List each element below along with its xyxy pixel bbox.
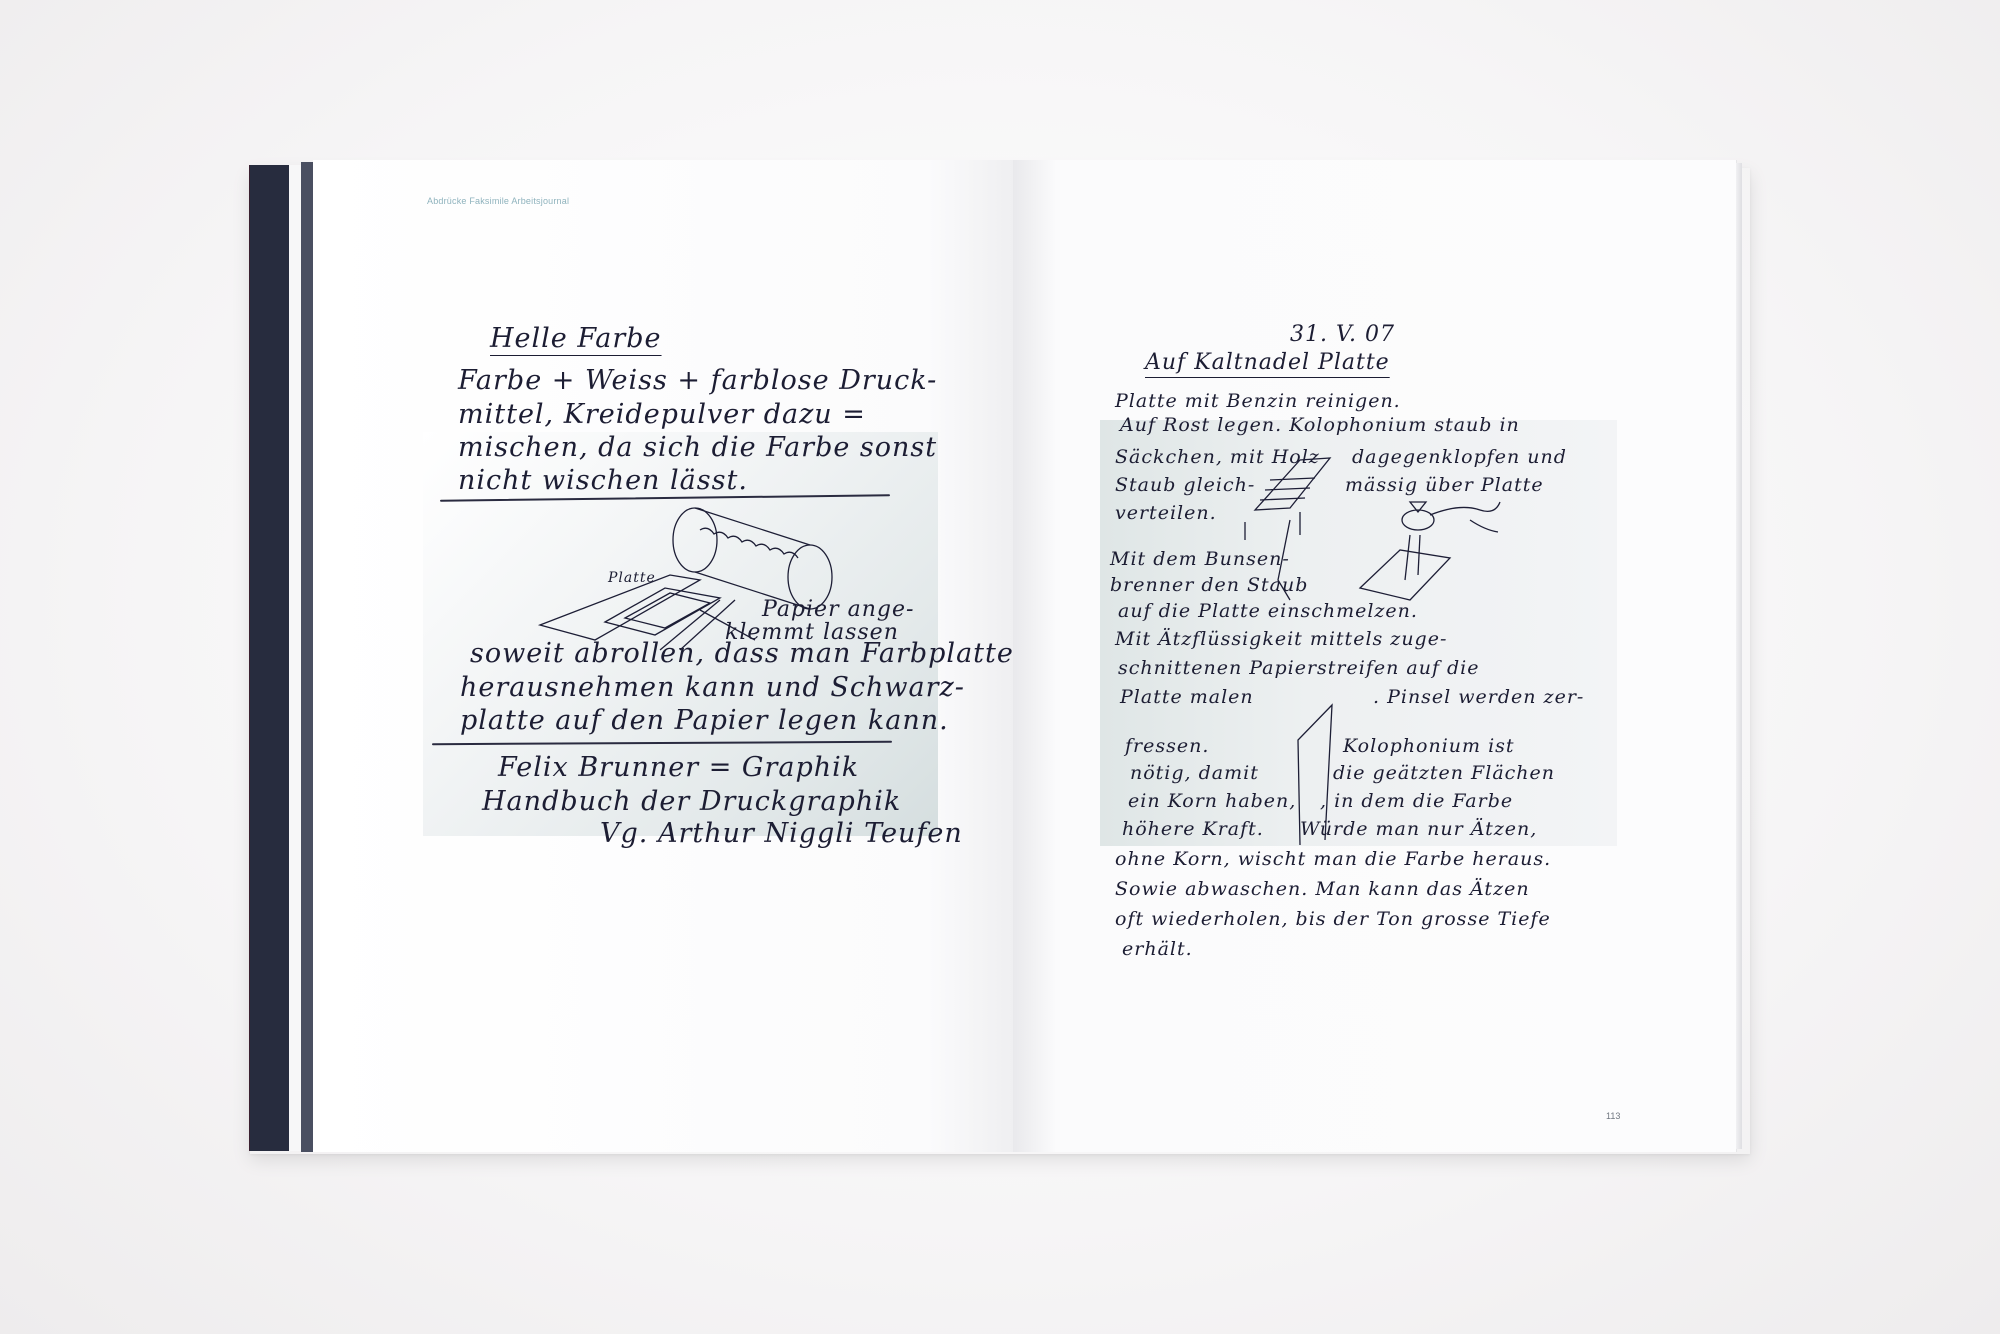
running-head: Abdrücke Faksimile Arbeitsjournal	[427, 196, 569, 206]
right-text-line: erhält.	[1122, 938, 1193, 960]
sketch-note: Papier ange-	[762, 597, 914, 622]
right-text-line: ein Korn haben,	[1128, 790, 1296, 812]
reference-line: Handbuch der Druckgraphik	[482, 786, 901, 817]
right-text-line: , in dem die Farbe	[1320, 790, 1513, 812]
left-text-line: nicht wischen lässt.	[458, 465, 748, 496]
left-text-line: herausnehmen kann und Schwarz-	[460, 672, 965, 703]
right-text-line: ohne Korn, wischt man die Farbe heraus.	[1115, 848, 1551, 870]
page-block-edge	[1736, 163, 1742, 1149]
right-text-line: Mit dem Bunsen-	[1110, 548, 1290, 570]
journal-date: 31. V. 07	[1290, 322, 1395, 347]
right-text-line: fressen.	[1125, 735, 1209, 757]
right-text-line: brenner den Staub	[1110, 574, 1308, 596]
right-text-line: Sowie abwaschen. Man kann das Ätzen	[1115, 878, 1530, 900]
right-text-line: auf die Platte einschmelzen.	[1118, 600, 1418, 622]
left-text-line: mittel, Kreidepulver dazu =	[458, 399, 866, 430]
left-heading: Helle Farbe	[490, 323, 662, 354]
right-text-line: Auf Rost legen. Kolophonium staub in	[1120, 414, 1520, 436]
left-text-line: platte auf den Papier legen kann.	[460, 705, 949, 736]
right-text-line: . Pinsel werden zer-	[1373, 686, 1584, 708]
right-text-line: schnittenen Papierstreifen auf die	[1118, 657, 1480, 679]
right-text-line: Platte malen	[1120, 686, 1254, 708]
cover-inner-strip	[301, 162, 313, 1152]
right-heading: Auf Kaltnadel Platte	[1145, 350, 1390, 375]
right-text-line: Platte mit Benzin reinigen.	[1115, 390, 1401, 412]
right-text-line: Staub gleich-	[1115, 474, 1255, 496]
sketch-label-plate: Platte	[608, 570, 656, 586]
page-number: 113	[1606, 1111, 1620, 1121]
right-text-line: Mit Ätzflüssigkeit mittels zuge-	[1115, 628, 1447, 650]
right-text-line: nötig, damit	[1130, 762, 1259, 784]
right-text-line: die geätzten Flächen	[1333, 762, 1555, 784]
reference-line: Vg. Arthur Niggli Teufen	[600, 818, 963, 849]
left-text-line: mischen, da sich die Farbe sonst	[458, 432, 937, 463]
right-text-line: höhere Kraft.	[1122, 818, 1264, 840]
right-text-line: verteilen.	[1115, 502, 1217, 524]
left-text-line: soweit abrollen, dass man Farbplatte	[470, 638, 1014, 669]
right-text-line: Kolophonium ist	[1343, 735, 1515, 757]
right-text-line: Würde man nur Ätzen,	[1300, 818, 1537, 840]
book-cover-edge	[249, 165, 290, 1151]
left-text-line: Farbe + Weiss + farblose Druck-	[458, 365, 937, 396]
reference-line: Felix Brunner = Graphik	[498, 752, 859, 783]
cover-gap	[289, 165, 301, 1151]
right-text-line: oft wiederholen, bis der Ton grosse Tief…	[1115, 908, 1551, 930]
